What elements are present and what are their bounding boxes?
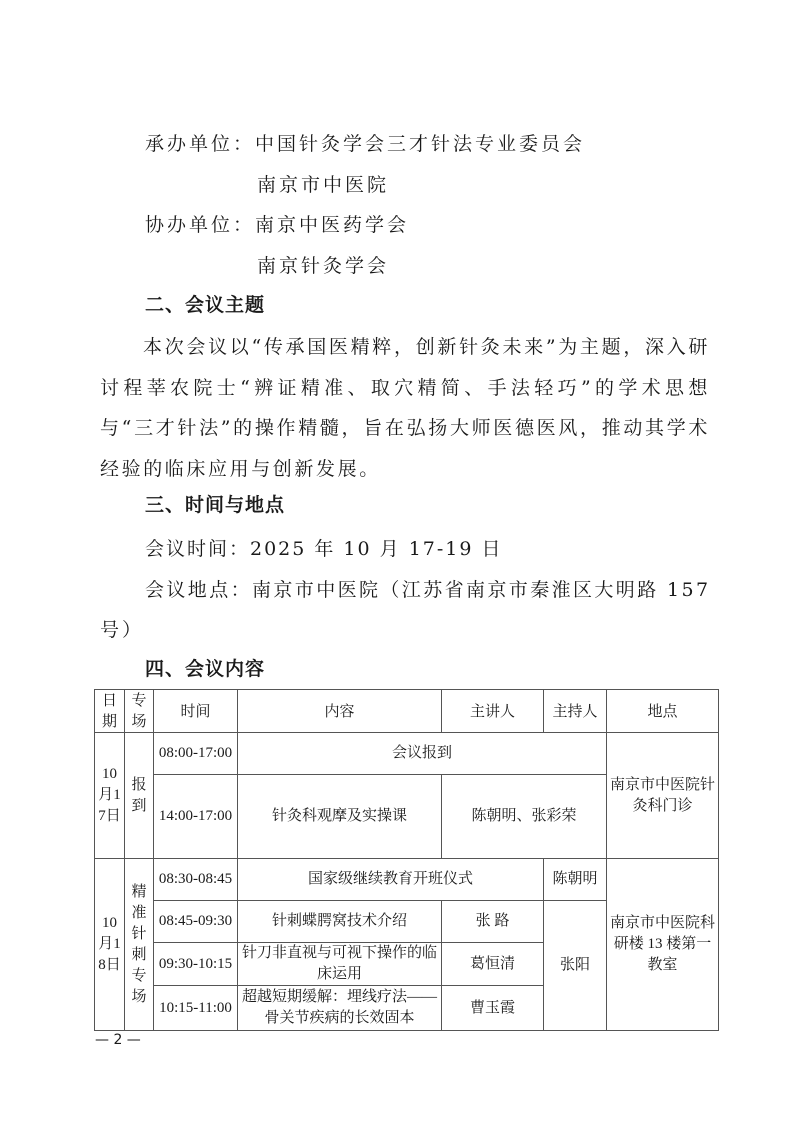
host-unit: 中国针灸学会三才针法专业委员会 [255, 133, 585, 155]
host-units-line-1: 承办单位：中国针灸学会三才针法专业委员会 [145, 132, 585, 156]
location-cell: 南京市中医院针灸科门诊 [607, 733, 719, 859]
co-unit: 南京针灸学会 [257, 254, 389, 278]
header-content: 内容 [238, 690, 442, 733]
content-cell: 超越短期缓解：埋线疗法——骨关节疾病的长效固本 [238, 986, 442, 1031]
table-row: 10月17日 报到 08:00-17:00 会议报到 南京市中医院针灸科门诊 [95, 733, 719, 775]
time-cell: 08:00-17:00 [154, 733, 238, 775]
speaker-cell: 张 路 [442, 901, 544, 943]
section-heading-theme: 二、会议主题 [145, 293, 265, 317]
section-heading-time-place: 三、时间与地点 [145, 493, 285, 517]
content-cell: 针刀非直视与可视下操作的临床运用 [238, 943, 442, 986]
speaker-cell: 陈朝明、张彩荣 [442, 775, 607, 859]
time-cell: 10:15-11:00 [154, 986, 238, 1031]
header-time: 时间 [154, 690, 238, 733]
session-cell: 报到 [125, 733, 154, 859]
host-cell: 陈朝明 [544, 859, 607, 901]
content-cell: 针刺蝶腭窝技术介绍 [238, 901, 442, 943]
co-unit: 南京中医药学会 [255, 214, 409, 236]
header-session: 专场 [125, 690, 154, 733]
table-header-row: 日期 专场 时间 内容 主讲人 主持人 地点 [95, 690, 719, 733]
host-label: 承办单位： [145, 133, 255, 155]
meeting-place-line-2: 号） [100, 618, 144, 642]
header-speaker: 主讲人 [442, 690, 544, 733]
co-label: 协办单位： [145, 214, 255, 236]
content-cell: 会议报到 [238, 733, 607, 775]
date-cell: 10月17日 [95, 733, 125, 859]
meeting-place-line-1: 会议地点：南京市中医院（江苏省南京市秦淮区大明路 157 [145, 578, 711, 602]
section-heading-content: 四、会议内容 [145, 657, 265, 681]
header-date: 日期 [95, 690, 125, 733]
host-unit: 南京市中医院 [257, 173, 389, 197]
table-row: 10月18日 精准针刺专场 08:30-08:45 国家级继续教育开班仪式 陈朝… [95, 859, 719, 901]
header-location: 地点 [607, 690, 719, 733]
co-units-line-1: 协办单位：南京中医药学会 [145, 213, 409, 237]
schedule-table: 日期 专场 时间 内容 主讲人 主持人 地点 10月17日 报到 08:00-1… [94, 689, 719, 1031]
date-cell: 10月18日 [95, 859, 125, 1031]
time-cell: 08:30-08:45 [154, 859, 238, 901]
time-cell: 08:45-09:30 [154, 901, 238, 943]
time-cell: 09:30-10:15 [154, 943, 238, 986]
theme-paragraph: 本次会议以“传承国医精粹，创新针灸未来”为主题，深入研讨程莘农院士“辨证精准、取… [100, 327, 710, 489]
page-number: — 2 — [95, 1032, 141, 1048]
session-cell: 精准针刺专场 [125, 859, 154, 1031]
host-cell: 张阳 [544, 901, 607, 1031]
location-cell: 南京市中医院科研楼 13 楼第一教室 [607, 859, 719, 1031]
header-host: 主持人 [544, 690, 607, 733]
speaker-cell: 曹玉霞 [442, 986, 544, 1031]
content-cell: 针灸科观摩及实操课 [238, 775, 442, 859]
meeting-time: 会议时间：2025 年 10 月 17-19 日 [145, 537, 503, 561]
content-cell: 国家级继续教育开班仪式 [238, 859, 544, 901]
time-cell: 14:00-17:00 [154, 775, 238, 859]
speaker-cell: 葛恒清 [442, 943, 544, 986]
